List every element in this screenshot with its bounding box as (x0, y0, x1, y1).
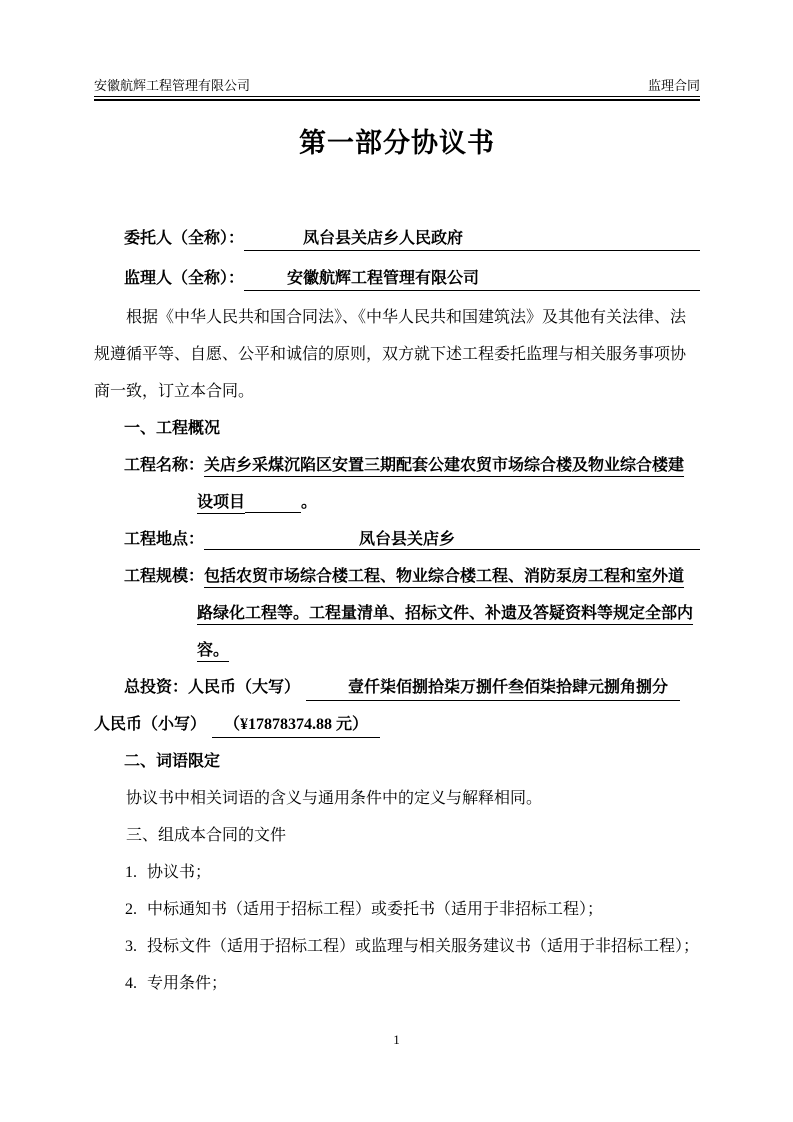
header-rule (94, 96, 700, 101)
document-body: 根据《中华人民共和国合同法》、《中华人民共和国建筑法》及其他有关法律、法规遵循平… (94, 299, 700, 1002)
header-company-name: 安徽航辉工程管理有限公司 (94, 78, 250, 94)
section3-heading: 三、组成本合同的文件 (94, 817, 700, 854)
investment-capital-label: 人民币（大写） (188, 679, 300, 696)
page-number: 1 (0, 1032, 793, 1048)
location-value: 凤台县关店乡 (359, 531, 455, 548)
investment-capital-row: 总投资：人民币（大写）壹仟柒佰捌拾柒万捌仟叁佰柒拾肆元捌角捌分 (94, 669, 700, 706)
project-name-row: 工程名称：关店乡采煤沉陷区安置三期配套公建农贸市场综合楼及物业综合楼建设项目。 (94, 447, 700, 521)
supervisor-row: 监理人（全称）： 安徽航辉工程管理有限公司 (94, 259, 700, 299)
section2-body: 协议书中相关词语的含义与通用条件中的定义与解释相同。 (94, 780, 700, 817)
location-row: 工程地点： 凤台县关店乡 (94, 521, 700, 558)
contract-doc-item: 3.投标文件（适用于招标工程）或监理与相关服务建议书（适用于非招标工程）； (94, 928, 700, 965)
location-blank-line: 凤台县关店乡 (204, 521, 700, 558)
document-page: 安徽航辉工程管理有限公司 监理合同 第一部分协议书 委托人（全称）： 凤台县关店… (0, 0, 793, 1122)
investment-numeric-value: （¥17878374.88 元） (212, 712, 380, 738)
header-doc-type: 监理合同 (648, 78, 700, 94)
document-title: 第一部分协议书 (94, 125, 700, 161)
supervisor-label: 监理人（全称）： (124, 259, 244, 299)
supervisor-value: 安徽航辉工程管理有限公司 (287, 270, 479, 287)
item-number: 1. (125, 854, 147, 891)
investment-capital-value: 壹仟柒佰捌拾柒万捌仟叁佰柒拾肆元捌角捌分 (306, 675, 680, 701)
project-name-value: 关店乡采煤沉陷区安置三期配套公建农贸市场综合楼及物业综合楼建设项目 (197, 457, 684, 511)
parties-block: 委托人（全称）： 凤台县关店乡人民政府 监理人（全称）： 安徽航辉工程管理有限公… (94, 219, 700, 299)
item-text: 专用条件； (147, 975, 227, 992)
investment-numeric-label: 人民币（小写） (94, 716, 206, 733)
project-scale-value: 包括农贸市场综合楼工程、物业综合楼工程、消防泵房工程和室外道路绿化工程等。工程量… (197, 568, 693, 659)
client-label: 委托人（全称）： (124, 219, 244, 259)
contract-doc-item: 2.中标通知书（适用于招标工程）或委托书（适用于非招标工程）； (94, 891, 700, 928)
item-text: 中标通知书（适用于招标工程）或委托书（适用于非招标工程）； (147, 901, 603, 918)
location-label: 工程地点： (124, 521, 204, 558)
page-header: 安徽航辉工程管理有限公司 监理合同 (94, 78, 700, 94)
contract-doc-item: 4.专用条件； (94, 965, 700, 1002)
project-scale-row: 工程规模：包括农贸市场综合楼工程、物业综合楼工程、消防泵房工程和室外道路绿化工程… (94, 558, 700, 669)
section2-heading: 二、词语限定 (94, 743, 700, 780)
preamble-paragraph: 根据《中华人民共和国合同法》、《中华人民共和国建筑法》及其他有关法律、法规遵循平… (94, 299, 700, 410)
project-name-blank-pad (245, 512, 301, 513)
item-number: 2. (125, 891, 147, 928)
item-number: 3. (125, 928, 147, 965)
item-text: 投标文件（适用于招标工程）或监理与相关服务建议书（适用于非招标工程）； (147, 938, 699, 955)
supervisor-blank-line: 安徽航辉工程管理有限公司 (244, 259, 700, 299)
section1-heading: 一、工程概况 (94, 410, 700, 447)
item-text: 协议书； (147, 864, 211, 881)
contract-doc-item: 1.协议书； (94, 854, 700, 891)
project-scale-label: 工程规模： (124, 568, 204, 585)
project-name-suffix: 。 (301, 494, 317, 511)
project-name-label: 工程名称： (124, 457, 204, 474)
client-row: 委托人（全称）： 凤台县关店乡人民政府 (94, 219, 700, 259)
client-value: 凤台县关店乡人民政府 (303, 230, 463, 247)
item-number: 4. (125, 965, 147, 1002)
client-blank-line: 凤台县关店乡人民政府 (244, 219, 700, 259)
investment-label: 总投资： (124, 679, 188, 696)
investment-numeric-row: 人民币（小写）（¥17878374.88 元） (94, 706, 700, 743)
